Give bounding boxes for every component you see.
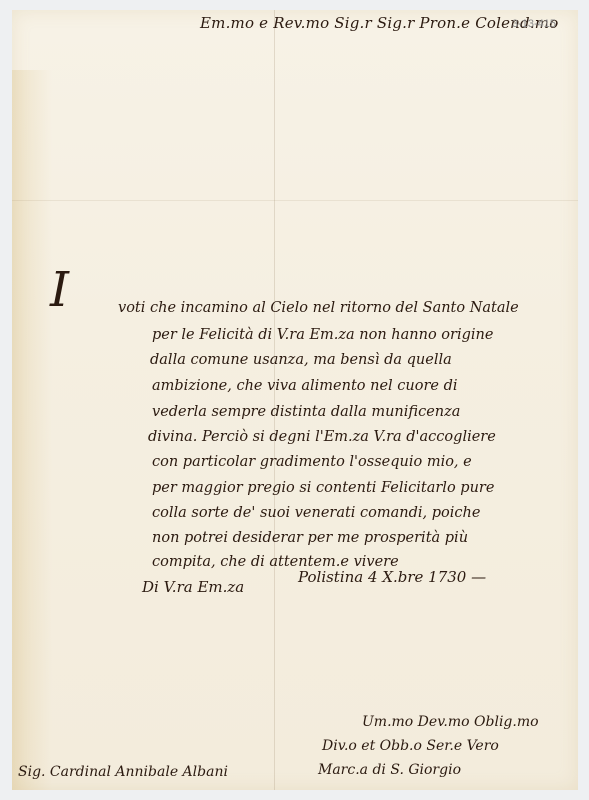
place-and-date: Polistina 4 X.bre 1730 — <box>298 568 486 586</box>
body-line: colla sorte de' suoi venerati comandi, p… <box>152 505 480 521</box>
signature-line: Div.o et Obb.o Ser.e Vero <box>322 738 499 754</box>
body-line: dalla comune usanza, ma bensì da quella <box>150 352 452 368</box>
letter-page <box>12 10 578 790</box>
salutation-header: Em.mo e Rev.mo Sig.r Sig.r Pron.e Colend… <box>200 14 558 32</box>
signature-line: Um.mo Dev.mo Oblig.mo <box>362 714 539 730</box>
decorated-initial: I <box>50 262 69 318</box>
body-line: ambizione, che viva alimento nel cuore d… <box>152 378 458 394</box>
body-line: voti che incamino al Cielo nel ritorno d… <box>118 300 519 316</box>
body-line: vederla sempre distinta dalla munificenz… <box>152 404 460 420</box>
closing-formula: Di V.ra Em.za <box>142 578 244 596</box>
archive-reference: 3-13-415 <box>512 18 556 30</box>
body-line: per le Felicità di V.ra Em.za non hanno … <box>152 327 493 343</box>
signature-line: Marc.a di S. Giorgio <box>318 762 461 778</box>
body-line: con particolar gradimento l'ossequio mio… <box>152 454 472 470</box>
body-line: non potrei desiderar per me prosperità p… <box>152 530 468 546</box>
fold-crease-vertical <box>274 10 275 790</box>
body-line: per maggior pregio si contenti Felicitar… <box>152 480 494 496</box>
body-line: divina. Perciò si degni l'Em.za V.ra d'a… <box>148 429 496 445</box>
addressee: Sig. Cardinal Annibale Albani <box>18 764 228 780</box>
fold-crease-horizontal <box>12 200 578 201</box>
